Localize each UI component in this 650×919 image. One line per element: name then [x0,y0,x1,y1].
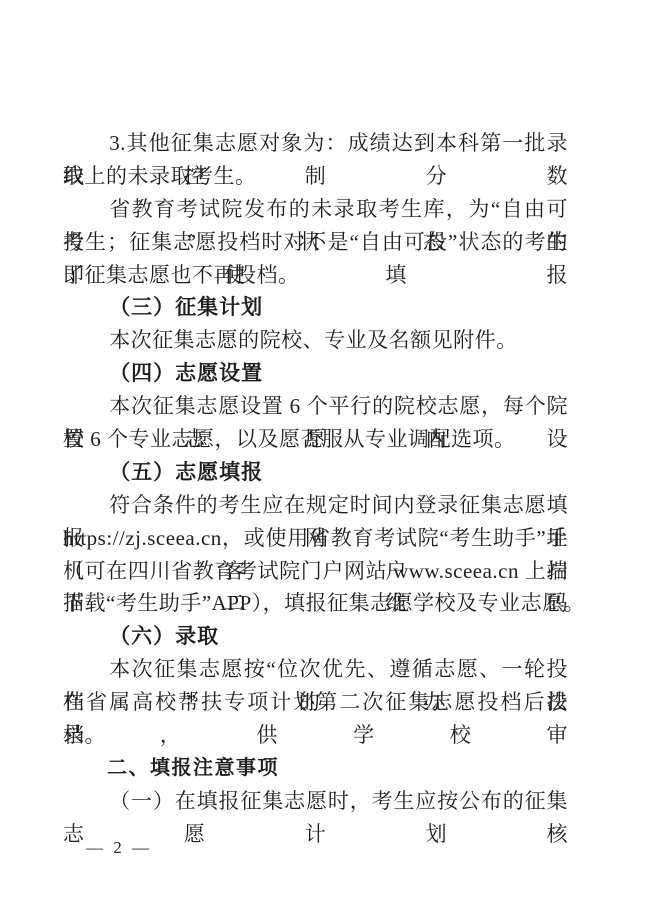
major-section-heading: 二、填报注意事项 [63,752,568,785]
text-line: （一）在填报征集志愿时，考生应按公布的征集志愿计划核 [63,785,568,818]
text-line: 本次征集志愿的院校、专业及名额见附件。 [63,324,568,357]
text-line: 置 6 个专业志愿，以及愿否服从专业调配选项。 [63,423,568,456]
text-line: 本次征集志愿按“位次优先、遵循志愿、一轮投档”的办法 [63,653,568,686]
text-line: 3.其他征集志愿对象为：成绩达到本科第一批录取控制分数 [63,127,568,160]
page-number: — 2 — [86,838,152,858]
text-line: 省教育考试院发布的未录取考生库，为“自由可投”状态的 [63,193,568,226]
text-line: 本次征集志愿设置 6 个平行的院校志愿，每个院校志愿内设 [63,390,568,423]
document-body: 3.其他征集志愿对象为：成绩达到本科第一批录取控制分数 线上的未录取考生。 省教… [63,127,568,818]
scanned-document-page: 3.其他征集志愿对象为：成绩达到本科第一批录取控制分数 线上的未录取考生。 省教… [0,0,650,919]
text-line: 下载“考生助手”APP），填报征集志愿学校及专业志愿。 [63,587,568,620]
section-heading: （五）志愿填报 [63,456,568,489]
text-line: 在省属高校帮扶专项计划第二次征集志愿投档后投档，供学校审 [63,686,568,719]
text-line: https://zj.sceea.cn，或使用省教育考试院“考生助手”手机客户端 [63,522,568,555]
text-line: 符合条件的考生应在规定时间内登录征集志愿填报网址 [63,489,568,522]
section-heading: （四）志愿设置 [63,357,568,390]
section-heading: （三）征集计划 [63,291,568,324]
text-line: 考生；征集志愿投档时对不是“自由可投”状态的考生即使填报 [63,226,568,259]
text-line: （可在四川省教育考试院门户网站 www.sceea.cn 上扫描二维码 [63,555,568,588]
section-heading: （六）录取 [63,620,568,653]
